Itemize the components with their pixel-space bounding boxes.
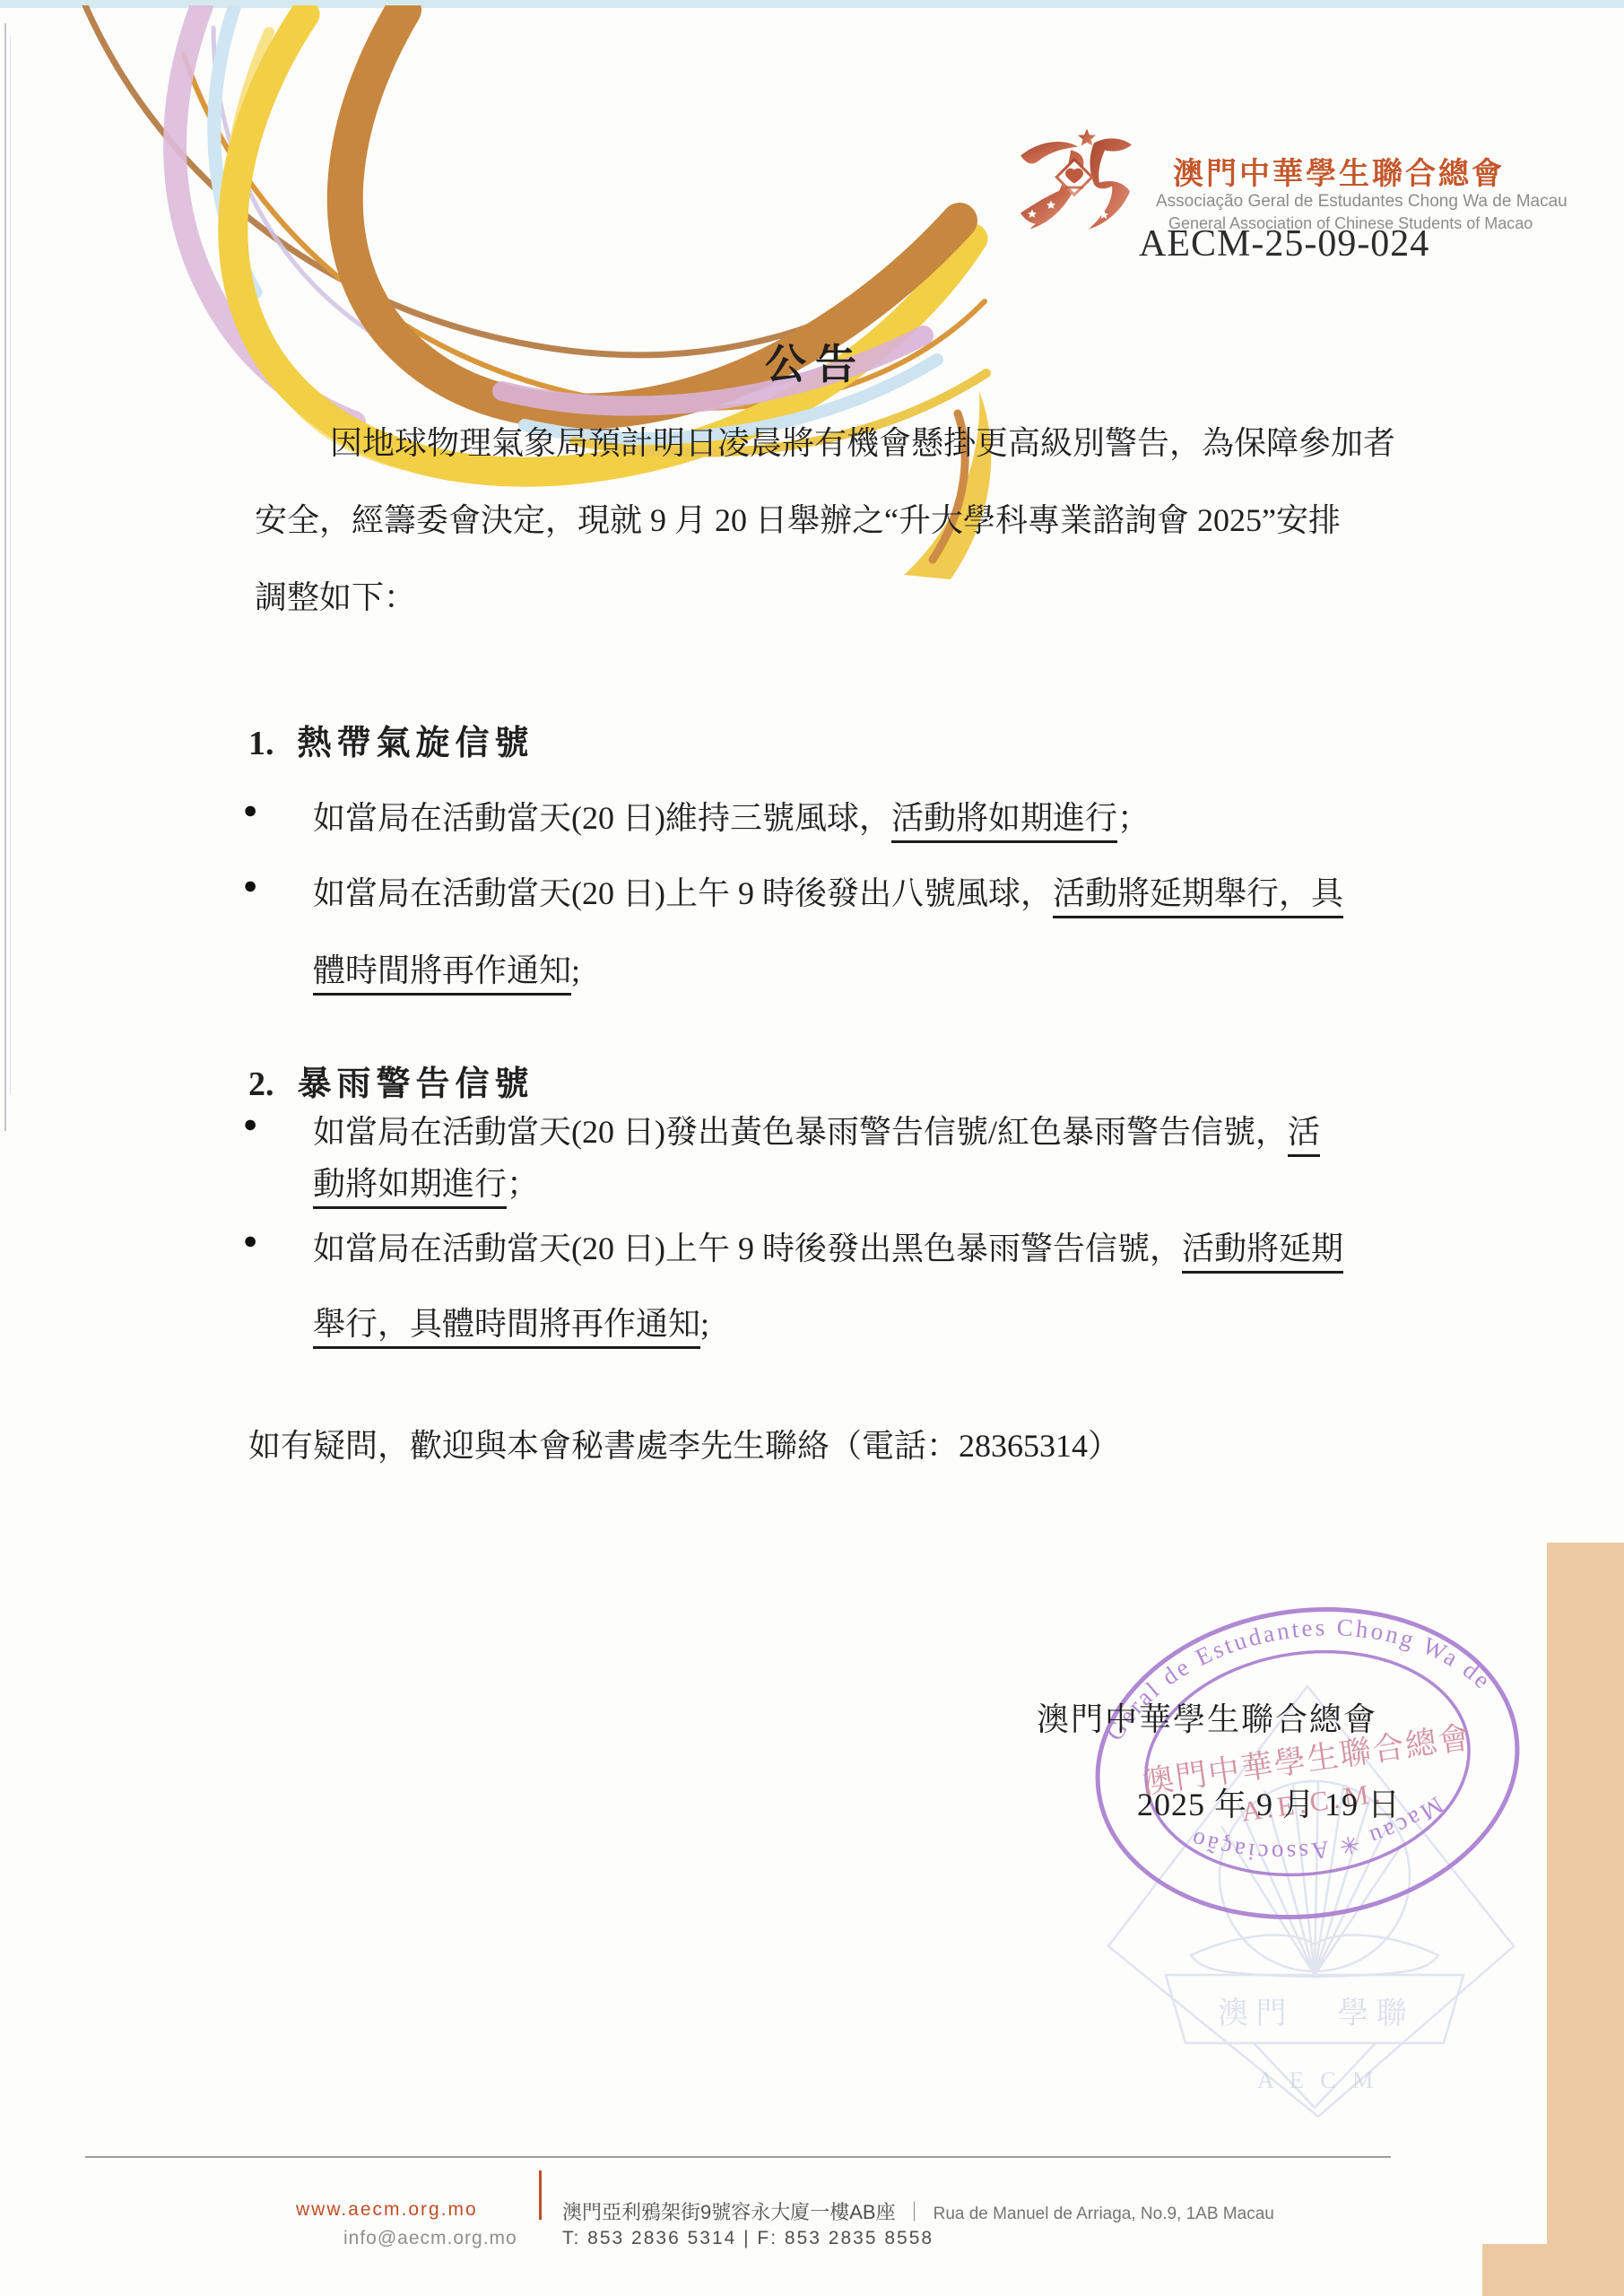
intro-line-2: 安全，經籌委會決定，現就 9 月 20 日舉辦之“升大學科專業諮詢會 2025”…	[255, 495, 1341, 541]
s2-bullet-1-line-1: 如當局在活動當天(20 日)發出黃色暴雨警告信號/紅色暴雨警告信號，活	[313, 1107, 1320, 1152]
s2-b1-punct: ；	[507, 1166, 539, 1202]
org-name-chinese: 澳門中華學生聯合總會	[1173, 149, 1505, 193]
bullet-dot: ●	[243, 796, 257, 824]
s2-bullet-1-line-2: 動將如期進行；	[313, 1159, 539, 1205]
s1-b1-punct: ；	[1117, 800, 1150, 836]
anniversary-75-logo-icon	[1019, 126, 1144, 240]
s2-bullet-2-line-1: 如當局在活動當天(20 日)上午 9 時後發出黑色暴雨警告信號，活動將延期	[313, 1223, 1343, 1269]
s2-b1-text: 如當局在活動當天(20 日)發出黃色暴雨警告信號/紅色暴雨警告信號，	[313, 1114, 1288, 1150]
bullet-dot: ●	[243, 1227, 257, 1255]
org-name-portuguese: Associação Geral de Estudantes Chong Wa …	[1156, 192, 1568, 212]
scanned-announcement-page: 澳門中華學生聯合總會 Associação Geral de Estudante…	[0, 0, 1624, 2296]
watermark-abbr: A E C M	[1257, 2067, 1378, 2093]
signature-date: 2025 年 9 月 19 日	[1137, 1779, 1401, 1825]
s1-bullet-1: 如當局在活動當天(20 日)維持三號風球，活動將如期進行；	[313, 793, 1150, 839]
intro-line-1: 因地球物理氣象局預計明日凌晨將有機會懸掛更高級別警告，為保障參加者	[330, 418, 1395, 464]
footer-address-zh: 澳門亞利鴉架街9號容永大廈一樓AB座	[562, 2201, 896, 2223]
section-1-number: 1.	[248, 725, 274, 762]
signature-org-name: 澳門中華學生聯合總會	[1037, 1694, 1377, 1740]
footer-address-separator: ｜	[905, 2201, 925, 2223]
letterhead-ribbon-swoosh	[0, 5, 1031, 579]
contact-line: 如有疑問，歡迎與本會秘書處李先生聯絡（電話：28365314）	[248, 1421, 1120, 1466]
s2-b1-underlined-cont: 動將如期進行	[313, 1166, 507, 1209]
footer-email: info@aecm.org.mo	[343, 2228, 517, 2249]
s2-b1-underlined: 活	[1288, 1114, 1320, 1157]
s1-bullet-2-line-2: 體時間將再作通知;	[313, 945, 580, 991]
s1-b2-underlined: 活動將延期舉行，具	[1053, 875, 1343, 918]
s1-b1-text: 如當局在活動當天(20 日)維持三號風球，	[313, 800, 891, 836]
footer-website-link: www.aecm.org.mo	[296, 2199, 478, 2221]
s2-b2-underlined-cont: 舉行，具體時間將再作通知	[313, 1306, 700, 1349]
watermark-zh-left: 澳 門	[1218, 1996, 1287, 2031]
association-oval-stamp: Geral de Estudantes Chong Wa de Macau ✳ …	[1083, 1595, 1532, 1932]
s1-b1-underlined: 活動將如期進行	[891, 800, 1117, 843]
section-2-title: 暴雨警告信號	[298, 1065, 534, 1103]
s1-b2-text: 如當局在活動當天(20 日)上午 9 時後發出八號風球，	[313, 875, 1053, 911]
section-1-heading: 1.熱帶氣旋信號	[248, 715, 534, 764]
footer-tel-fax: T: 853 2836 5314 | F: 853 2835 8558	[562, 2228, 934, 2249]
s2-b2-underlined: 活動將延期	[1182, 1231, 1343, 1274]
underlying-paper-corner	[1482, 2244, 1624, 2296]
s1-b2-punct: ;	[571, 952, 580, 988]
section-2-number: 2.	[248, 1065, 274, 1103]
reference-number: AECM-25-09-024	[1139, 222, 1429, 265]
intro-line-3: 調整如下：	[255, 572, 416, 618]
bullet-dot: ●	[243, 872, 257, 900]
s2-b2-text: 如當局在活動當天(20 日)上午 9 時後發出黑色暴雨警告信號，	[313, 1231, 1182, 1266]
section-2-heading: 2.暴雨警告信號	[248, 1056, 534, 1105]
watermark-zh-right: 學 聯	[1338, 1996, 1408, 2031]
section-1-title: 熱帶氣旋信號	[298, 725, 534, 762]
document-title: 公告	[765, 332, 865, 391]
bullet-dot: ●	[243, 1110, 257, 1138]
s1-b2-underlined-cont: 體時間將再作通知	[313, 952, 571, 996]
s1-bullet-2-line-1: 如當局在活動當天(20 日)上午 9 時後發出八號風球，活動將延期舉行，具	[313, 868, 1343, 914]
s2-bullet-2-line-2: 舉行，具體時間將再作通知;	[313, 1299, 709, 1344]
s2-b2-punct: ;	[700, 1306, 709, 1342]
footer-vertical-accent	[539, 2170, 542, 2220]
